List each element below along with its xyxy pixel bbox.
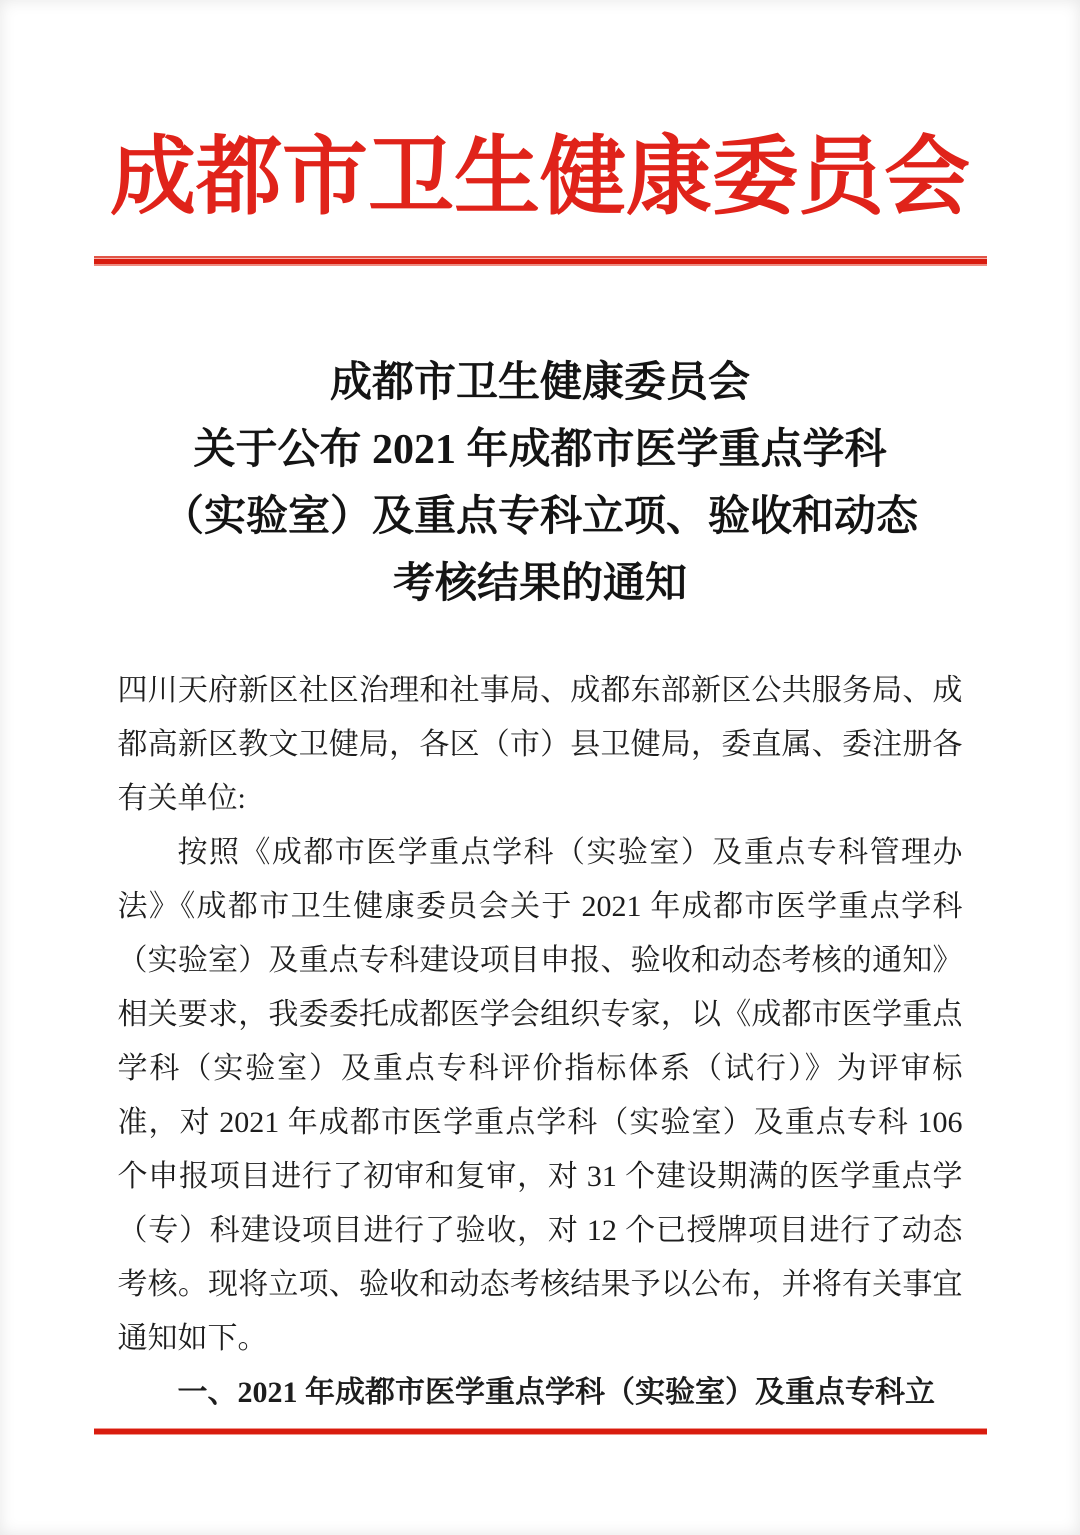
paragraph-recipients: 四川天府新区社区治理和社事局、成都东部新区公共服务局、成都高新区教文卫健局，各区… — [118, 664, 963, 826]
title-line-3: （实验室）及重点专科立项、验收和动态 — [0, 484, 1080, 551]
title-line-4: 考核结果的通知 — [0, 551, 1080, 618]
document-title: 成都市卫生健康委员会 关于公布 2021 年成都市医学重点学科 （实验室）及重点… — [0, 350, 1080, 618]
document-page: 成都市卫生健康委员会 成都市卫生健康委员会 关于公布 2021 年成都市医学重点… — [0, 0, 1080, 1535]
header-red-rule — [94, 256, 987, 266]
paragraph-main: 按照《成都市医学重点学科（实验室）及重点专科管理办法》《成都市卫生健康委员会关于… — [118, 826, 963, 1366]
paragraph-section-heading: 一、2021 年成都市医学重点学科（实验室）及重点专科立 — [118, 1366, 963, 1420]
title-line-1: 成都市卫生健康委员会 — [0, 350, 1080, 417]
bottom-red-rule — [94, 1428, 987, 1435]
title-line-2: 关于公布 2021 年成都市医学重点学科 — [0, 417, 1080, 484]
document-body: 四川天府新区社区治理和社事局、成都东部新区公共服务局、成都高新区教文卫健局，各区… — [118, 664, 963, 1420]
agency-header: 成都市卫生健康委员会 — [0, 0, 1080, 234]
